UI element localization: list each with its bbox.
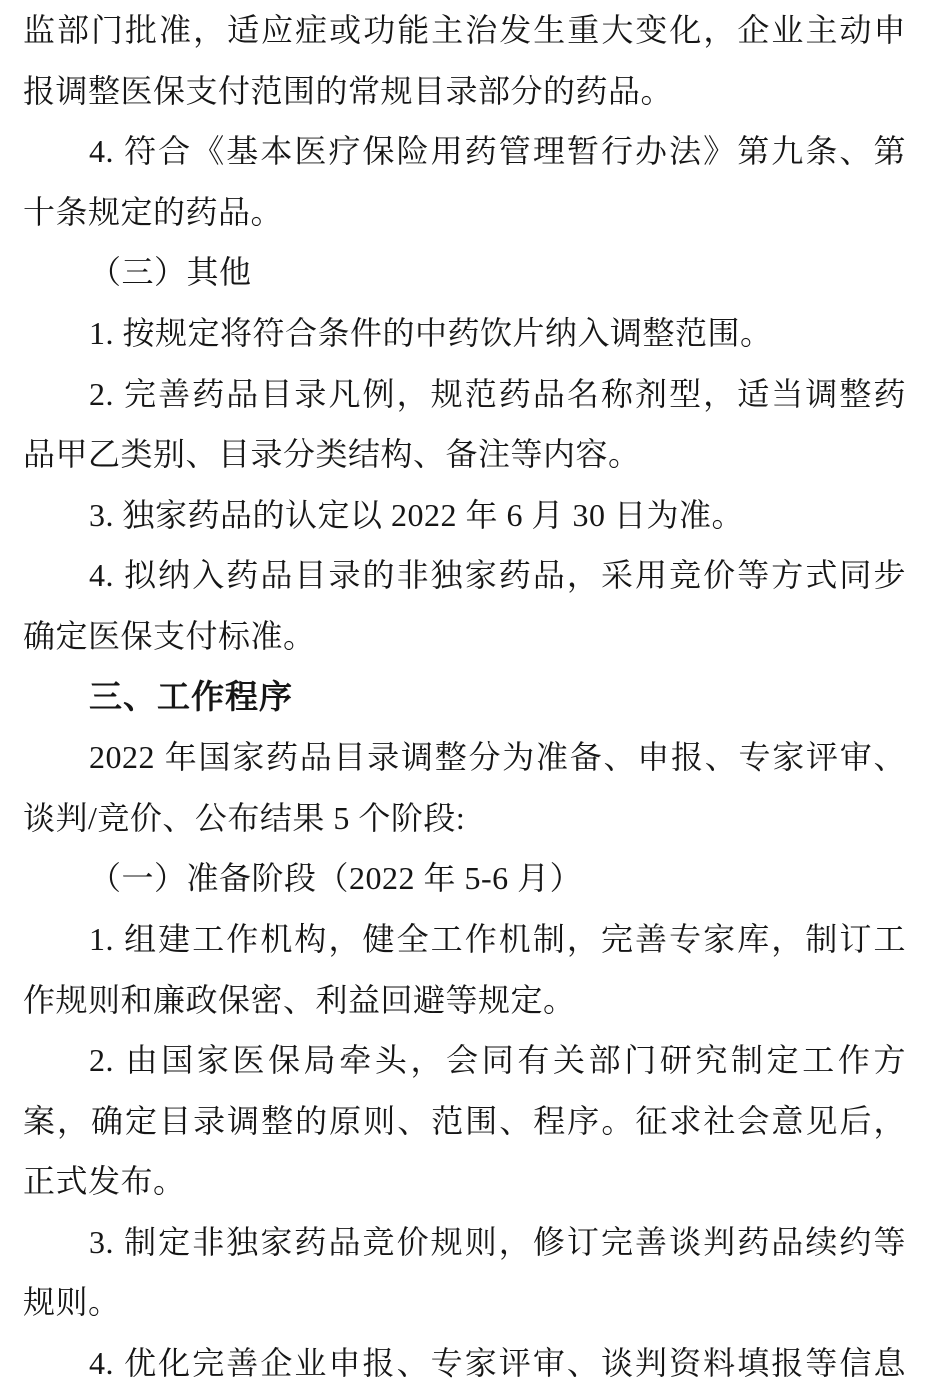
text-line: 作规则和廉政保密、利益回避等规定。	[23, 970, 906, 1031]
text-line: 2022 年国家药品目录调整分为准备、申报、专家评审、	[23, 727, 906, 788]
section-heading-work-procedure: 三、工作程序	[23, 667, 906, 728]
text-line: 1. 组建工作机构，健全工作机制，完善专家库，制订工	[23, 909, 906, 970]
text-line: 案，确定目录调整的原则、范围、程序。征求社会意见后，	[23, 1091, 906, 1152]
text-line: 监部门批准，适应症或功能主治发生重大变化，企业主动申	[23, 0, 906, 61]
text-line: 报调整医保支付范围的常规目录部分的药品。	[23, 61, 906, 122]
text-line: 正式发布。	[23, 1151, 906, 1212]
text-line: 3. 制定非独家药品竞价规则，修订完善谈判药品续约等	[23, 1212, 906, 1273]
subsection-heading-other: （三）其他	[23, 242, 906, 303]
document-page: 监部门批准，适应症或功能主治发生重大变化，企业主动申 报调整医保支付范围的常规目…	[0, 0, 926, 1394]
text-line: 4. 拟纳入药品目录的非独家药品，采用竞价等方式同步	[23, 545, 906, 606]
text-line: 确定医保支付标准。	[23, 606, 906, 667]
text-line: 4. 符合《基本医疗保险用药管理暂行办法》第九条、第	[23, 121, 906, 182]
text-line: 3. 独家药品的认定以 2022 年 6 月 30 日为准。	[23, 485, 906, 546]
text-line: 2. 由国家医保局牵头，会同有关部门研究制定工作方	[23, 1030, 906, 1091]
text-line: 4. 优化完善企业申报、专家评审、谈判资料填报等信息	[23, 1333, 906, 1394]
text-line: 谈判/竞价、公布结果 5 个阶段:	[23, 788, 906, 849]
text-line: 品甲乙类别、目录分类结构、备注等内容。	[23, 424, 906, 485]
text-line: 1. 按规定将符合条件的中药饮片纳入调整范围。	[23, 303, 906, 364]
text-line: 2. 完善药品目录凡例，规范药品名称剂型，适当调整药	[23, 364, 906, 425]
text-line: 规则。	[23, 1272, 906, 1333]
subsection-heading-preparation: （一）准备阶段（2022 年 5-6 月）	[23, 848, 906, 909]
text-line: 十条规定的药品。	[23, 182, 906, 243]
